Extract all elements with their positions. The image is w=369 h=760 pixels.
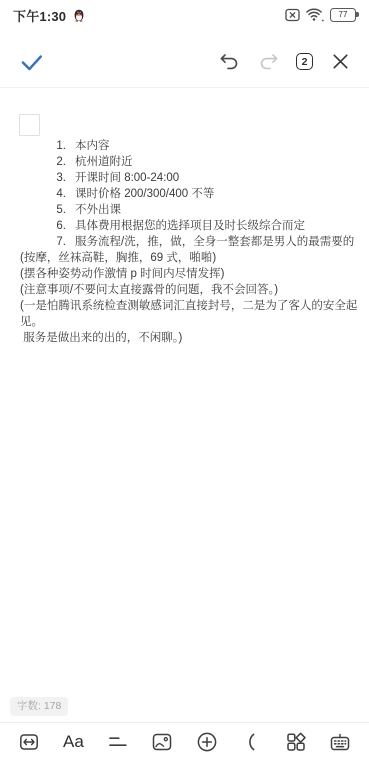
list-text: 不外出课	[75, 202, 121, 218]
paragraph-line: (按摩，丝袜高鞋，胸推，69 式，啪啪)	[0, 250, 369, 266]
list-text: 开课时间 8:00-24:00	[75, 170, 179, 186]
list-number: 7.	[0, 234, 66, 250]
battery-indicator: 77	[330, 8, 356, 22]
redo-button[interactable]	[256, 49, 282, 75]
list-number: 2.	[0, 154, 66, 170]
redo-icon	[257, 50, 281, 74]
notes-editor-screen: 下午1:30	[0, 0, 369, 760]
check-icon	[16, 49, 46, 75]
list-item: 4.课时价格 200/300/400 不等	[0, 186, 369, 202]
list-number: 6.	[0, 218, 66, 234]
empty-attachment-box	[19, 114, 40, 136]
undo-button[interactable]	[216, 49, 242, 75]
list-item: 1.本内容	[0, 138, 369, 154]
paragraph-style-button[interactable]	[104, 728, 132, 756]
list-item: 6.具体费用根据您的选择项目及时长级综合而定	[0, 218, 369, 234]
list-number: 1.	[0, 138, 66, 154]
list-item: 7.服务流程/洗，推，做，全身一整套都是男人的最需要的	[0, 234, 369, 250]
list-text: 课时价格 200/300/400 不等	[75, 186, 214, 202]
list-number: 4.	[0, 186, 66, 202]
list-text: 具体费用根据您的选择项目及时长级综合而定	[75, 218, 305, 234]
image-icon	[150, 730, 174, 754]
qq-penguin-icon	[73, 9, 85, 22]
list-number: 5.	[0, 202, 66, 218]
wifi-icon	[306, 8, 324, 22]
format-text-button[interactable]: Aa	[59, 728, 87, 756]
confirm-button[interactable]	[16, 47, 46, 77]
numbered-list: 1.本内容2.杭州道附近3.开课时间 8:00-24:004.课时价格 200/…	[0, 138, 369, 250]
undo-icon	[217, 50, 241, 74]
format-text-label: Aa	[63, 733, 84, 750]
note-content[interactable]: 1.本内容2.杭州道附近3.开课时间 8:00-24:004.课时价格 200/…	[0, 90, 369, 346]
paragraph-line: 服务是做出来的出的，不闲聊。)	[0, 330, 369, 346]
paragraph-line: (摆各种姿势动作激情 p 时间内尽情发挥)	[0, 266, 369, 282]
close-icon	[329, 50, 352, 73]
list-text: 杭州道附近	[75, 154, 133, 170]
edit-toolbar: 2	[0, 36, 369, 88]
paragraph-lines-icon	[106, 730, 130, 754]
list-item: 3.开课时间 8:00-24:00	[0, 170, 369, 186]
plus-circle-icon	[195, 730, 219, 754]
shapes-grid-button[interactable]	[282, 728, 310, 756]
close-button[interactable]	[327, 49, 353, 75]
list-item: 5.不外出课	[0, 202, 369, 218]
pages-badge[interactable]: 2	[296, 53, 313, 70]
battery-level: 77	[339, 11, 348, 19]
insert-image-button[interactable]	[148, 728, 176, 756]
status-bar: 下午1:30	[0, 0, 369, 30]
crescent-button[interactable]	[237, 728, 265, 756]
text-width-icon	[17, 730, 41, 754]
sim-error-icon	[285, 8, 300, 22]
status-time: 下午1:30	[13, 6, 66, 25]
bottom-toolbar: Aa	[0, 722, 369, 760]
text-width-button[interactable]	[15, 728, 43, 756]
list-item: 2.杭州道附近	[0, 154, 369, 170]
list-text: 本内容	[75, 138, 110, 154]
keyboard-icon	[328, 730, 352, 754]
list-text: 服务流程/洗，推，做，全身一整套都是男人的最需要的	[75, 234, 354, 250]
shapes-grid-icon	[284, 730, 308, 754]
insert-more-button[interactable]	[193, 728, 221, 756]
paragraph-block: (按摩，丝袜高鞋，胸推，69 式，啪啪)(摆各种姿势动作激情 p 时间内尽情发挥…	[0, 250, 369, 346]
keyboard-button[interactable]	[326, 728, 354, 756]
paragraph-line: (注意事项/不要问太直接露骨的问题，我不会回答。)	[0, 282, 369, 298]
crescent-arc-icon	[239, 730, 263, 754]
word-count-badge: 字数: 178	[10, 697, 68, 716]
paragraph-line: (一是怕腾讯系统检查测敏感词汇直接封号，二是为了客人的安全起见。	[0, 298, 369, 330]
list-number: 3.	[0, 170, 66, 186]
